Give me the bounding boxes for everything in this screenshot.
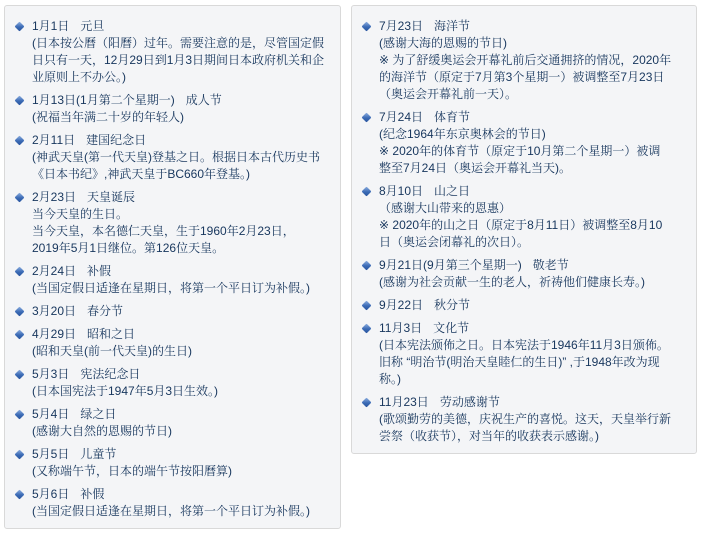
holiday-date: 2月23日 bbox=[32, 190, 76, 204]
diamond-bullet-icon bbox=[15, 450, 25, 460]
holiday-title-row: 7月23日海洋节 bbox=[379, 18, 692, 35]
holiday-desc-line: (感谢大自然的恩赐的节日) bbox=[32, 423, 336, 440]
diamond-bullet-icon bbox=[362, 301, 372, 311]
holiday-date: 9月21日(9月第三个星期一) bbox=[379, 258, 522, 272]
holiday-item: 7月23日海洋节(感谢大海的恩赐的节日)※ 为了舒缓奥运会开幕礼前后交通拥挤的情… bbox=[352, 18, 692, 103]
holiday-desc-line: (日本国宪法于1947年5月3日生效。) bbox=[32, 383, 336, 400]
holiday-desc-line: 旧称 “明治节(明治天皇睦仁的生日)” ,于1948年改为现 bbox=[379, 354, 692, 371]
diamond-bullet-icon bbox=[15, 490, 25, 500]
holiday-desc-line: 整至7月24日（奥运会开幕礼当天)。 bbox=[379, 160, 692, 177]
holiday-name: 山之日 bbox=[434, 184, 470, 198]
holiday-date: 2月24日 bbox=[32, 264, 76, 278]
holiday-date: 11月3日 bbox=[379, 321, 422, 335]
holiday-desc-line: 当今天皇，本名德仁天皇，生于1960年2月23日， bbox=[32, 223, 336, 240]
holiday-title-row: 5月6日补假 bbox=[32, 486, 336, 503]
holiday-desc-line: (纪念1964年东京奥林会的节日) bbox=[379, 126, 692, 143]
holiday-name: 敬老节 bbox=[533, 258, 569, 272]
holiday-desc-line: 日（奥运会闭幕礼的次日）。 bbox=[379, 234, 692, 251]
holiday-name: 元旦 bbox=[80, 19, 104, 33]
holiday-name: 劳动感谢节 bbox=[440, 395, 500, 409]
holiday-desc-line: 2019年5月1日继位。第126位天皇。 bbox=[32, 240, 336, 257]
holiday-desc-line: (又称端午节，日本的端午节按阳曆算) bbox=[32, 463, 336, 480]
holiday-desc-line: (感谢为社会贡献一生的老人，祈祷他们健康长寿。) bbox=[379, 274, 692, 291]
holiday-name: 成人节 bbox=[186, 93, 222, 107]
holiday-desc-line: (日本按公曆（阳曆）过年。需要注意的是，尽管国定假 bbox=[32, 35, 336, 52]
holiday-desc-line: (歌颂勤劳的美德，庆祝生产的喜悦。这天，天皇举行新 bbox=[379, 411, 692, 428]
holiday-item: 1月13日(1月第二个星期一)成人节(祝福当年满二十岁的年轻人) bbox=[5, 92, 336, 126]
holiday-item: 8月10日山之日（感谢大山带来的恩惠）※ 2020年的山之日（原定于8月11日）… bbox=[352, 183, 692, 251]
diamond-bullet-icon bbox=[15, 193, 25, 203]
holiday-date: 5月6日 bbox=[32, 487, 69, 501]
holiday-desc-line: 日只有一天，12月29日到1月3日期间日本政府机关和企 bbox=[32, 52, 336, 69]
holiday-date: 3月20日 bbox=[32, 304, 76, 318]
diamond-bullet-icon bbox=[15, 307, 25, 317]
holiday-name: 海洋节 bbox=[434, 19, 470, 33]
holiday-name: 天皇诞辰 bbox=[87, 190, 135, 204]
holiday-desc-line: 尝祭（收获节），对当年的收获表示感谢。) bbox=[379, 428, 692, 445]
holiday-item: 11月23日劳动感谢节(歌颂勤劳的美德，庆祝生产的喜悦。这天，天皇举行新尝祭（收… bbox=[352, 394, 692, 445]
holiday-desc-line: 的海洋节（原定于7月第3个星期一）被调整至7月23日 bbox=[379, 69, 692, 86]
diamond-bullet-icon bbox=[15, 370, 25, 380]
holiday-name: 绿之日 bbox=[80, 407, 116, 421]
holiday-desc-line: 《日本书纪》,神武天皇于BC660年登基。) bbox=[32, 166, 336, 183]
holiday-name: 补假 bbox=[87, 264, 111, 278]
diamond-bullet-icon bbox=[362, 22, 372, 32]
diamond-bullet-icon bbox=[15, 96, 25, 106]
holiday-desc-line: (日本宪法颁佈之日。日本宪法于1946年11月3日颁佈。 bbox=[379, 337, 692, 354]
holiday-item: 2月24日补假(当国定假日适逢在星期日，将第一个平日订为补假。) bbox=[5, 263, 336, 297]
diamond-bullet-icon bbox=[15, 267, 25, 277]
holiday-item: 4月29日昭和之日(昭和天皇(前一代天皇)的生日) bbox=[5, 326, 336, 360]
diamond-bullet-icon bbox=[15, 330, 25, 340]
holiday-desc-line: （感谢大山带来的恩惠） bbox=[379, 200, 692, 217]
holiday-item: 5月6日补假(当国定假日适逢在星期日，将第一个平日订为补假。) bbox=[5, 486, 336, 520]
holiday-title-row: 2月23日天皇诞辰 bbox=[32, 189, 336, 206]
holiday-date: 7月23日 bbox=[379, 19, 423, 33]
holiday-date: 8月10日 bbox=[379, 184, 423, 198]
holiday-title-row: 1月13日(1月第二个星期一)成人节 bbox=[32, 92, 336, 109]
holiday-date: 5月3日 bbox=[32, 367, 69, 381]
diamond-bullet-icon bbox=[362, 261, 372, 271]
holiday-desc-line: ※ 为了舒缓奥运会开幕礼前后交通拥挤的情况，2020年 bbox=[379, 52, 692, 69]
holiday-desc-line: （奥运会开幕礼前一天）。 bbox=[379, 86, 692, 103]
holiday-title-row: 5月3日宪法纪念日 bbox=[32, 366, 336, 383]
holiday-date: 1月1日 bbox=[32, 19, 69, 33]
holiday-date: 9月22日 bbox=[379, 298, 423, 312]
holiday-item: 2月23日天皇诞辰当今天皇的生日。当今天皇，本名德仁天皇，生于1960年2月23… bbox=[5, 189, 336, 257]
diamond-bullet-icon bbox=[15, 22, 25, 32]
holiday-title-row: 9月21日(9月第三个星期一)敬老节 bbox=[379, 257, 692, 274]
holiday-date: 11月23日 bbox=[379, 395, 429, 409]
diamond-bullet-icon bbox=[362, 324, 372, 334]
holiday-name: 春分节 bbox=[87, 304, 123, 318]
holiday-title-row: 11月3日文化节 bbox=[379, 320, 692, 337]
holiday-item: 5月4日绿之日(感谢大自然的恩赐的节日) bbox=[5, 406, 336, 440]
holiday-name: 儿童节 bbox=[80, 447, 116, 461]
holiday-title-row: 3月20日春分节 bbox=[32, 303, 336, 320]
holiday-title-row: 7月24日体育节 bbox=[379, 109, 692, 126]
holiday-item: 5月3日宪法纪念日(日本国宪法于1947年5月3日生效。) bbox=[5, 366, 336, 400]
holiday-name: 体育节 bbox=[434, 110, 470, 124]
holiday-item: 7月24日体育节(纪念1964年东京奥林会的节日)※ 2020年的体育节（原定于… bbox=[352, 109, 692, 177]
holiday-date: 5月5日 bbox=[32, 447, 69, 461]
holiday-date: 5月4日 bbox=[32, 407, 69, 421]
holiday-panel-left: 1月1日元旦(日本按公曆（阳曆）过年。需要注意的是，尽管国定假日只有一天，12月… bbox=[4, 5, 341, 529]
holiday-title-row: 11月23日劳动感谢节 bbox=[379, 394, 692, 411]
holiday-desc-line: (感谢大海的恩赐的节日) bbox=[379, 35, 692, 52]
holiday-title-row: 9月22日秋分节 bbox=[379, 297, 692, 314]
diamond-bullet-icon bbox=[15, 410, 25, 420]
holiday-title-row: 2月11日建国纪念日 bbox=[32, 132, 336, 149]
holiday-date: 1月13日(1月第二个星期一) bbox=[32, 93, 175, 107]
holiday-title-row: 8月10日山之日 bbox=[379, 183, 692, 200]
holiday-desc-line: ※ 2020年的体育节（原定于10月第二个星期一）被调 bbox=[379, 143, 692, 160]
holiday-title-row: 4月29日昭和之日 bbox=[32, 326, 336, 343]
holiday-item: 2月11日建国纪念日(神武天皇(第一代天皇)登基之日。根据日本古代历史书《日本书… bbox=[5, 132, 336, 183]
holiday-name: 昭和之日 bbox=[87, 327, 135, 341]
holiday-desc-line: ※ 2020年的山之日（原定于8月11日）被调整至8月10 bbox=[379, 217, 692, 234]
holiday-title-row: 5月5日儿童节 bbox=[32, 446, 336, 463]
holiday-title-row: 2月24日补假 bbox=[32, 263, 336, 280]
holiday-item: 11月3日文化节(日本宪法颁佈之日。日本宪法于1946年11月3日颁佈。旧称 “… bbox=[352, 320, 692, 388]
holiday-name: 秋分节 bbox=[434, 298, 470, 312]
holiday-date: 2月11日 bbox=[32, 133, 75, 147]
holiday-desc-line: (神武天皇(第一代天皇)登基之日。根据日本古代历史书 bbox=[32, 149, 336, 166]
holiday-name: 建国纪念日 bbox=[86, 133, 146, 147]
holiday-item: 1月1日元旦(日本按公曆（阳曆）过年。需要注意的是，尽管国定假日只有一天，12月… bbox=[5, 18, 336, 86]
holiday-panel-right: 7月23日海洋节(感谢大海的恩赐的节日)※ 为了舒缓奥运会开幕礼前后交通拥挤的情… bbox=[351, 5, 697, 454]
diamond-bullet-icon bbox=[362, 113, 372, 123]
diamond-bullet-icon bbox=[362, 398, 372, 408]
holiday-title-row: 5月4日绿之日 bbox=[32, 406, 336, 423]
holiday-desc-line: (当国定假日适逢在星期日，将第一个平日订为补假。) bbox=[32, 503, 336, 520]
diamond-bullet-icon bbox=[15, 136, 25, 146]
diamond-bullet-icon bbox=[362, 187, 372, 197]
holiday-desc-line: 称。) bbox=[379, 371, 692, 388]
holiday-item: 9月21日(9月第三个星期一)敬老节(感谢为社会贡献一生的老人，祈祷他们健康长寿… bbox=[352, 257, 692, 291]
holiday-desc-line: (当国定假日适逢在星期日，将第一个平日订为补假。) bbox=[32, 280, 336, 297]
holiday-date: 4月29日 bbox=[32, 327, 76, 341]
holiday-item: 5月5日儿童节(又称端午节，日本的端午节按阳曆算) bbox=[5, 446, 336, 480]
holiday-item: 3月20日春分节 bbox=[5, 303, 336, 320]
holiday-title-row: 1月1日元旦 bbox=[32, 18, 336, 35]
holiday-desc-line: (昭和天皇(前一代天皇)的生日) bbox=[32, 343, 336, 360]
holiday-desc-line: 业原则上不办公。) bbox=[32, 69, 336, 86]
holiday-date: 7月24日 bbox=[379, 110, 423, 124]
holiday-desc-line: (祝福当年满二十岁的年轻人) bbox=[32, 109, 336, 126]
holiday-desc-line: 当今天皇的生日。 bbox=[32, 206, 336, 223]
holiday-name: 宪法纪念日 bbox=[80, 367, 140, 381]
holiday-name: 文化节 bbox=[433, 321, 469, 335]
holiday-item: 9月22日秋分节 bbox=[352, 297, 692, 314]
holiday-name: 补假 bbox=[80, 487, 104, 501]
